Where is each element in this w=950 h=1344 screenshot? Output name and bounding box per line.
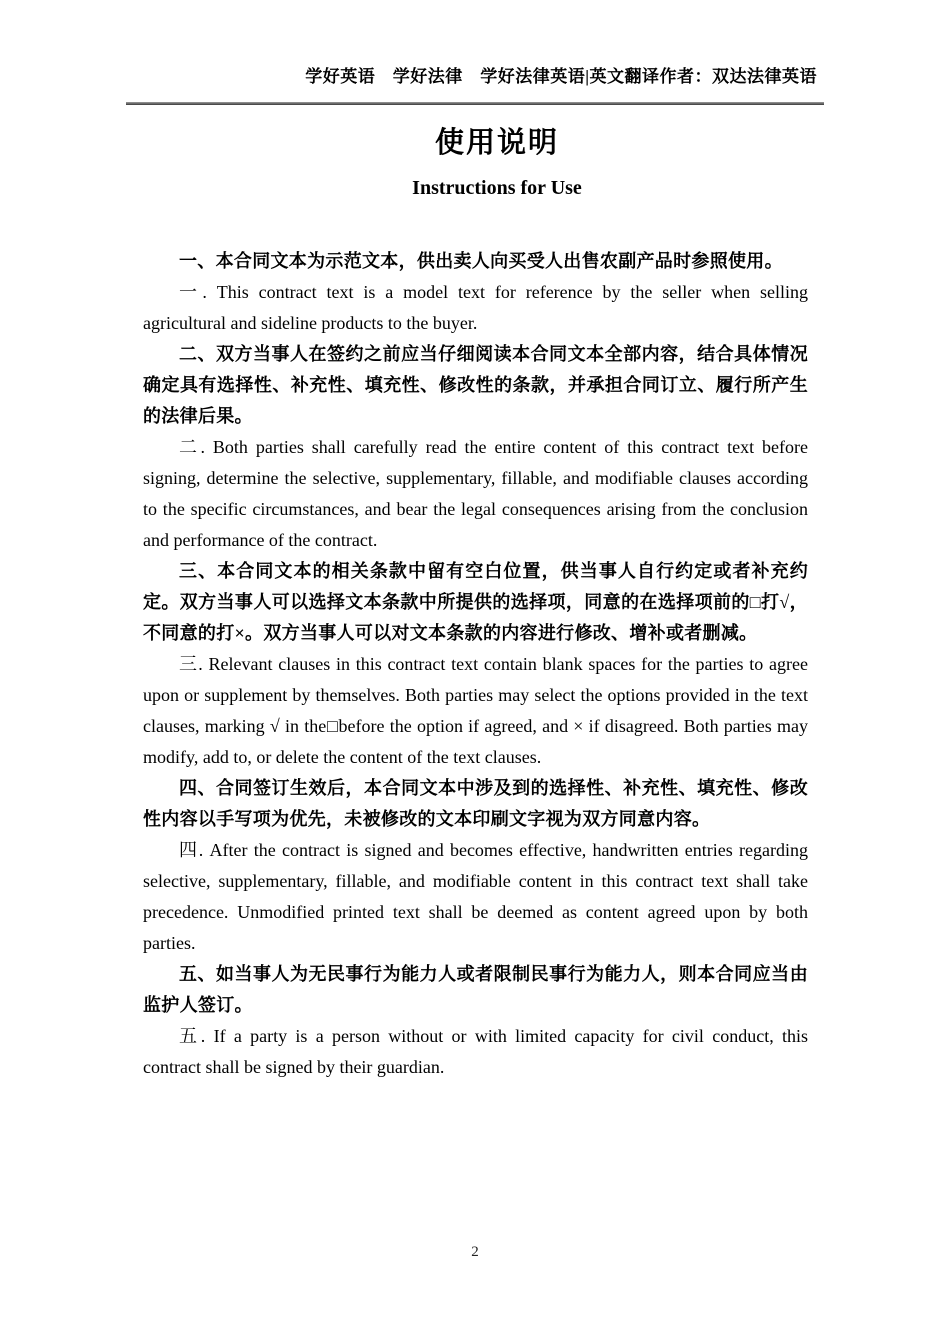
header-text: 学好英语 学好法律 学好法律英语|英文翻译作者：双达法律英语 — [126, 66, 824, 87]
paragraph-4-zh: 四、合同签订生效后，本合同文本中涉及到的选择性、补充性、填充性、修改性内容以手写… — [143, 773, 808, 835]
page-title: 使用说明 — [143, 127, 807, 159]
paragraph-5-en: 五. If a party is a person without or wit… — [143, 1021, 808, 1083]
paragraph-2-zh: 二、双方当事人在签约之前应当仔细阅读本合同文本全部内容，结合具体情况确定具有选择… — [143, 339, 808, 432]
paragraph-1-en: 一. This contract text is a model text fo… — [143, 277, 808, 339]
paragraph-2-en: 二. Both parties shall carefully read the… — [143, 432, 808, 556]
document-page: 学好英语 学好法律 学好法律英语|英文翻译作者：双达法律英语 使用说明 Inst… — [0, 0, 950, 1344]
paragraph-3-zh: 三、本合同文本的相关条款中留有空白位置，供当事人自行约定或者补充约定。双方当事人… — [143, 556, 808, 649]
page-number: 2 — [0, 1243, 950, 1261]
paragraph-4-en: 四. After the contract is signed and beco… — [143, 835, 808, 959]
page-header: 学好英语 学好法律 学好法律英语|英文翻译作者：双达法律英语 — [126, 0, 824, 105]
document-body: 一、本合同文本为示范文本，供出卖人向买受人出售农副产品时参照使用。 一. Thi… — [143, 246, 808, 1083]
page-subtitle: Instructions for Use — [143, 176, 807, 200]
paragraph-5-zh: 五、如当事人为无民事行为能力人或者限制民事行为能力人，则本合同应当由监护人签订。 — [143, 959, 808, 1021]
paragraph-3-en: 三. Relevant clauses in this contract tex… — [143, 649, 808, 773]
header-rule — [126, 102, 824, 105]
paragraph-1-zh: 一、本合同文本为示范文本，供出卖人向买受人出售农副产品时参照使用。 — [143, 246, 808, 277]
